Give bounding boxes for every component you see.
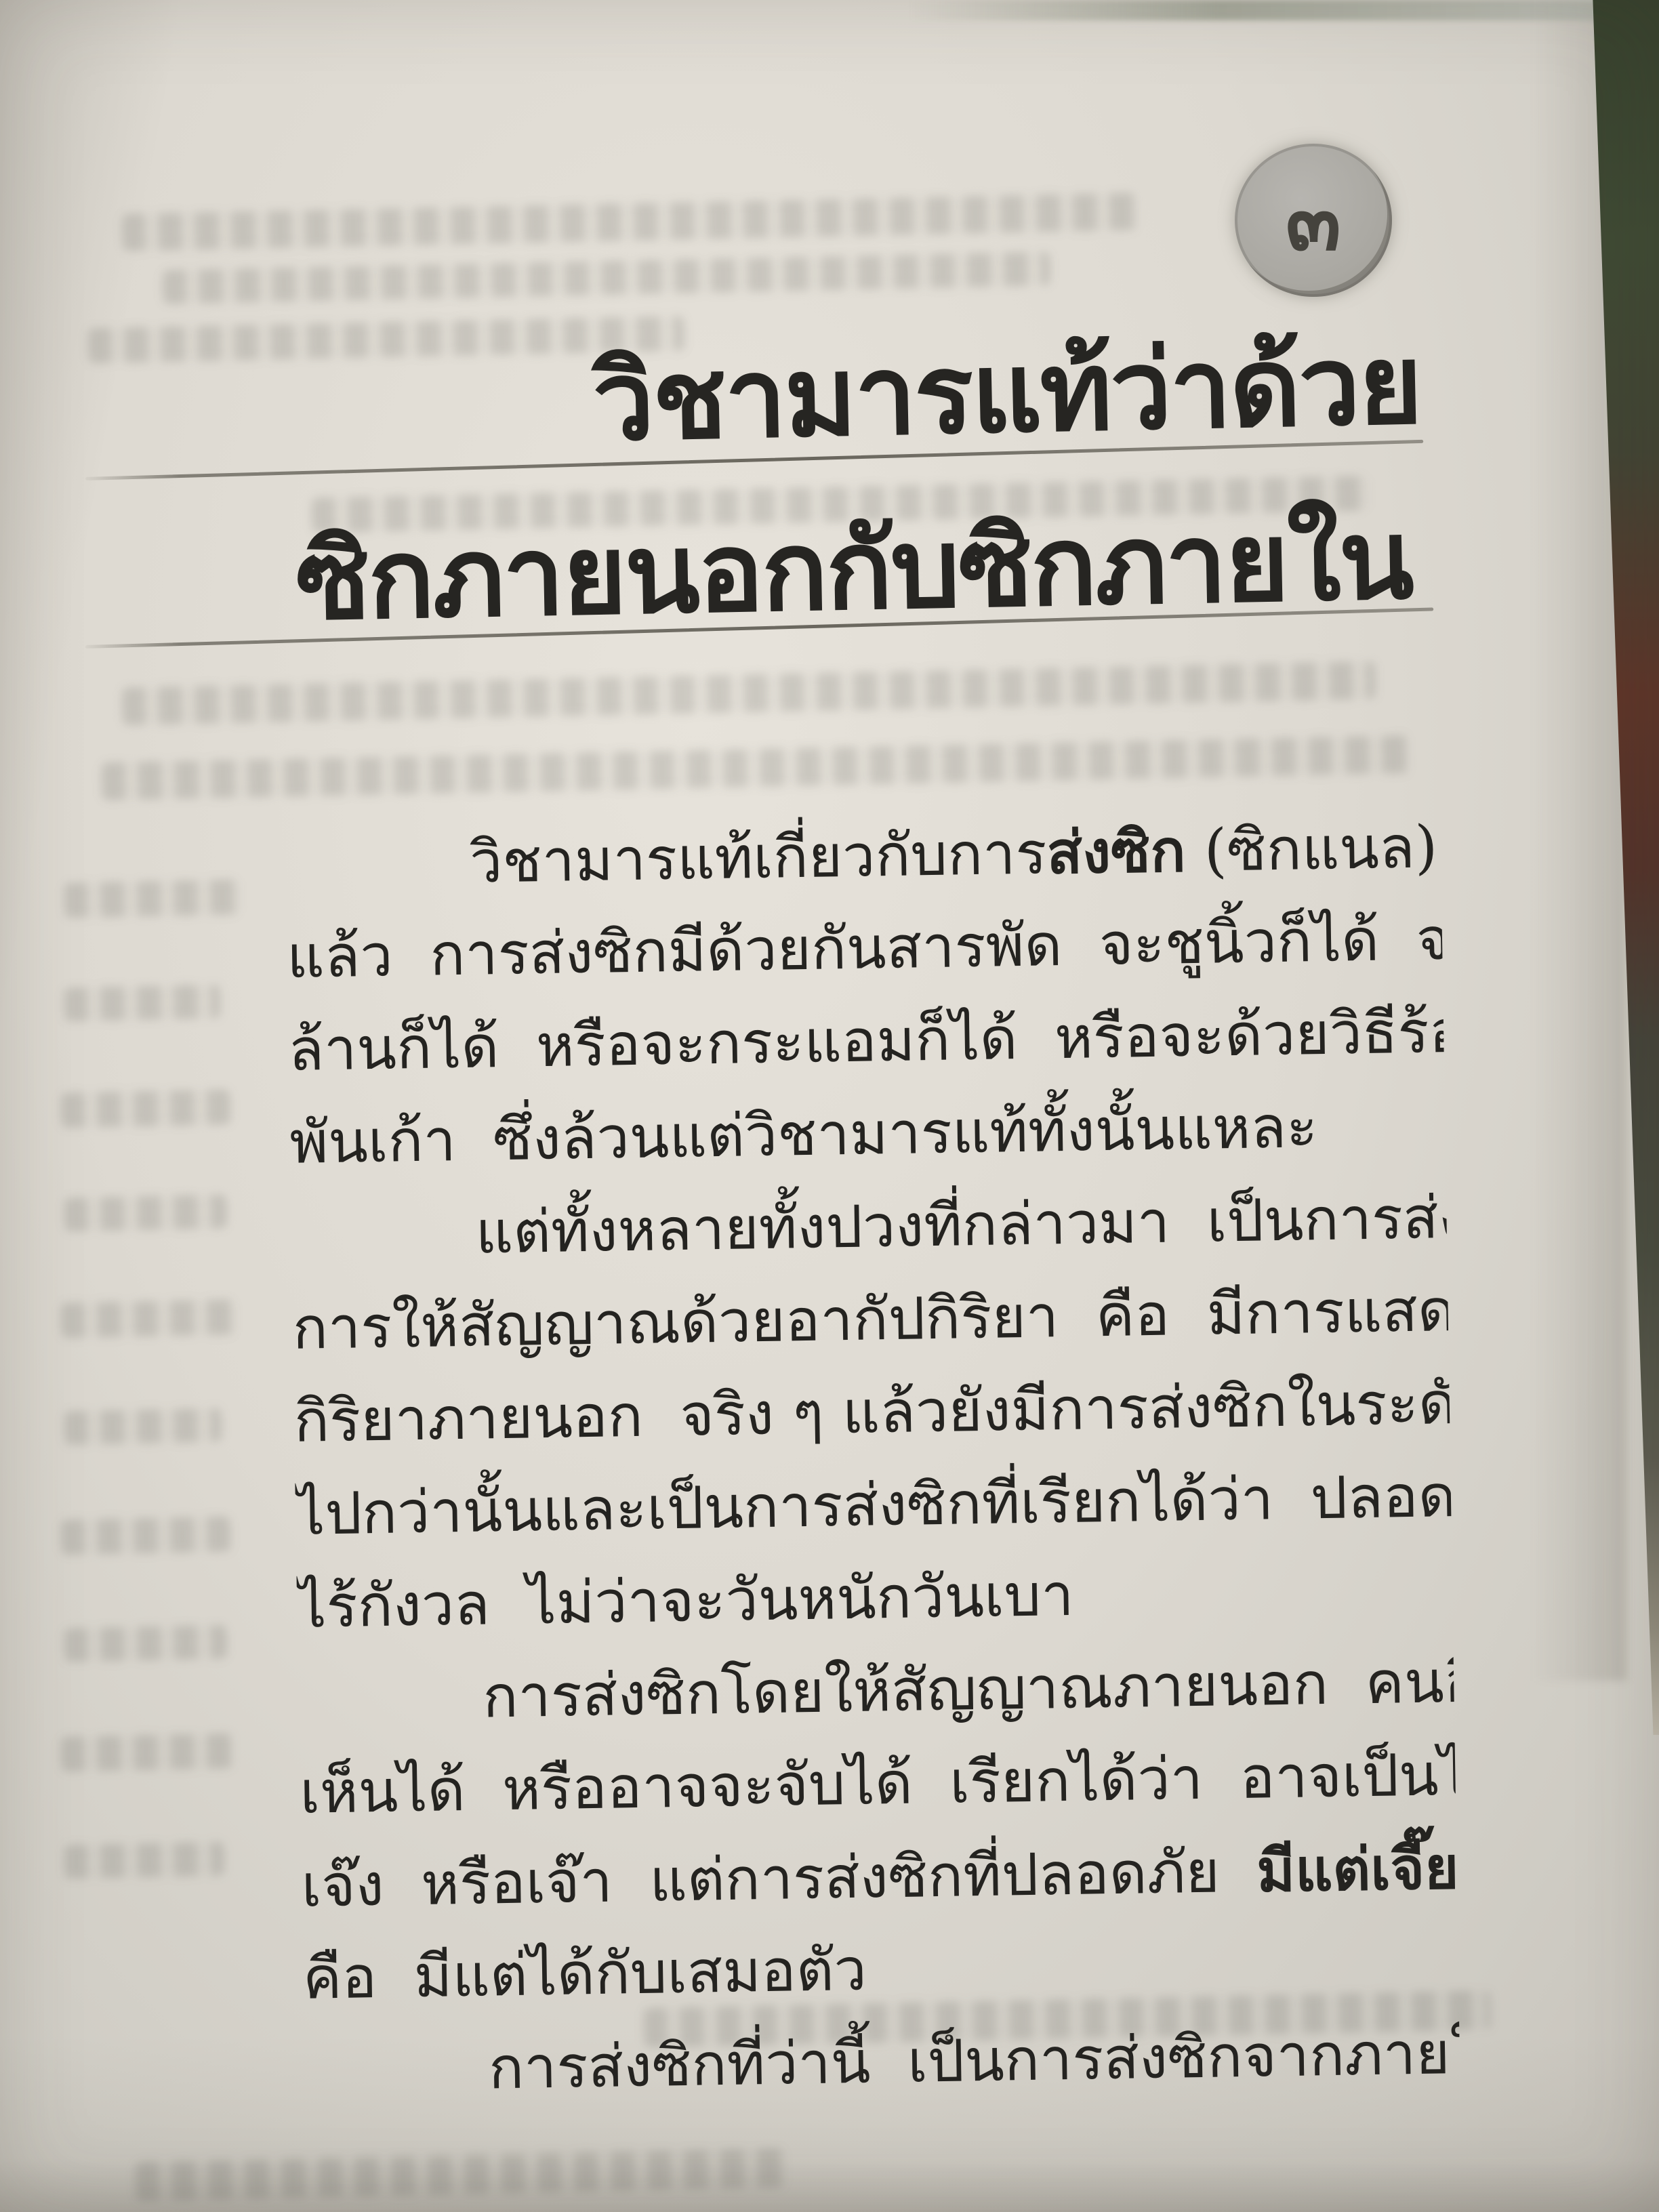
ghost-text-line: [64, 1624, 228, 1662]
ghost-text-line: [122, 661, 1376, 726]
ghost-text-line: [102, 735, 1410, 800]
body-line-segment: การส่งซิกที่ว่านี้ เป็นการส่งซิกจากภายใน…: [488, 2015, 1460, 2103]
ghost-text-line: [60, 1516, 230, 1555]
body-line-segment: ไร้กังวล ไม่ว่าจะวันหนักวันเบา: [296, 1561, 1074, 1641]
ghost-text-line: [122, 192, 1139, 251]
body-text: วิชามารแท้เกี่ยวกับการส่งซิก (ซิกแนล) ซึ…: [285, 800, 1460, 2118]
photo-bottom-shading: [0, 2158, 1659, 2212]
body-line-segment: เจ๊ง หรือเจ๊า แต่การส่งซิกที่ปลอดภัย: [301, 1838, 1257, 1921]
ghost-text-line: [64, 1194, 228, 1231]
body-line-segment: การส่งซิกโดยให้สัญญาณภายนอก คนอื่นสามารถ: [483, 1644, 1455, 1732]
body-line: การส่งซิกที่ว่านี้ เป็นการส่งซิกจากภายใน…: [304, 2007, 1460, 2118]
book-page-photo: ๓ วิชามารแท้ว่าด้วย ซิกภายนอกกับซิกภายใน…: [0, 0, 1659, 2212]
body-line-segment: การให้สัญญาณด้วยอากัปกิริยา คือ มีการแสด…: [292, 1275, 1449, 1363]
ghost-text-line: [64, 879, 241, 918]
body-line-segment: ล้านก็ได้ หรือจะกระแอมก็ได้ หรือจะด้วยวิ…: [288, 996, 1445, 1084]
body-line-segment: แต่ทั้งหลายทั้งปวงที่กล่าวมา เป็นการส่งซ…: [475, 1180, 1448, 1267]
body-line: ล้านก็ได้ หรือจะกระแอมก็ได้ หรือจะด้วยวิ…: [287, 986, 1444, 1097]
chapter-title-line1: วิชามารแท้ว่าด้วย: [236, 297, 1422, 478]
chapter-number: ๓: [1286, 156, 1341, 285]
body-line-segment: พันเก้า ซึ่งล้วนแต่วิชามารแท้ทั้งนั้นแหล…: [289, 1093, 1318, 1177]
body-line-segment: กิริยาภายนอก จริง ๆ แล้วยังมีการส่งซิกใน…: [293, 1366, 1450, 1456]
body-line: การให้สัญญาณด้วยอากัปกิริยา คือ มีการแสด…: [292, 1265, 1449, 1376]
body-line: คือ มีแต่ได้กับเสมอตัว: [302, 1914, 1459, 2026]
body-line-segment: แล้ว การส่งซิกมีด้วยกันสารพัด จะชูนิ้วก็…: [286, 903, 1443, 991]
ghost-text-line: [60, 1733, 233, 1771]
ghost-text-line: [64, 1408, 222, 1446]
ghost-text-line: [163, 251, 1051, 304]
body-line-segment: เห็นได้ หรืออาจจะจับได้ เรียกได้ว่า อาจเ…: [300, 1738, 1456, 1827]
ghost-text-line: [60, 1089, 230, 1128]
body-line-segment: คือ มีแต่ได้กับเสมอตัว: [302, 1936, 867, 2013]
chapter-number-badge: ๓: [1235, 144, 1392, 297]
ghost-text-line: [64, 985, 221, 1022]
body-line: เจ๊ง หรือเจ๊า แต่การส่งซิกที่ปลอดภัย มีแ…: [301, 1822, 1458, 1933]
body-line: แล้ว การส่งซิกมีด้วยกันสารพัด จะชูนิ้วก็…: [286, 893, 1443, 1004]
body-line: พันเก้า ซึ่งล้วนแต่วิชามารแท้ทั้งนั้นแหล…: [289, 1079, 1446, 1190]
body-line-segment-bold: ส่งซิก: [1046, 817, 1186, 887]
body-line: การส่งซิกโดยให้สัญญาณภายนอก คนอื่นสามารถ: [298, 1636, 1454, 1747]
body-line-segment-bold: มีแต่เจี๊ยะกับเจ๊า: [1256, 1831, 1458, 1906]
ghost-text-line: [60, 1299, 236, 1338]
body-line: ไปกว่านั้นและเป็นการส่งซิกที่เรียกได้ว่า…: [295, 1450, 1452, 1561]
body-line-segment: วิชามารแท้เกี่ยวกับการ: [469, 819, 1047, 896]
body-line: เห็นได้ หรืออาจจะจับได้ เรียกได้ว่า อาจเ…: [300, 1729, 1456, 1840]
photo-top-edge: [908, 0, 1599, 20]
body-line: ไร้กังวล ไม่ว่าจะวันหนักวันเบา: [296, 1543, 1453, 1654]
ghost-text-line: [64, 1842, 225, 1879]
body-line: วิชามารแท้เกี่ยวกับการส่งซิก (ซิกแนล) ซึ…: [285, 800, 1441, 912]
body-line: แต่ทั้งหลายทั้งปวงที่กล่าวมา เป็นการส่งซ…: [291, 1172, 1448, 1283]
body-line-segment: (ซิกแนล) ซึ่งจริง ๆ: [1185, 810, 1441, 886]
body-line: กิริยาภายนอก จริง ๆ แล้วยังมีการส่งซิกใน…: [293, 1357, 1450, 1469]
body-line-segment: ไปกว่านั้นและเป็นการส่งซิกที่เรียกได้ว่า…: [295, 1461, 1452, 1549]
